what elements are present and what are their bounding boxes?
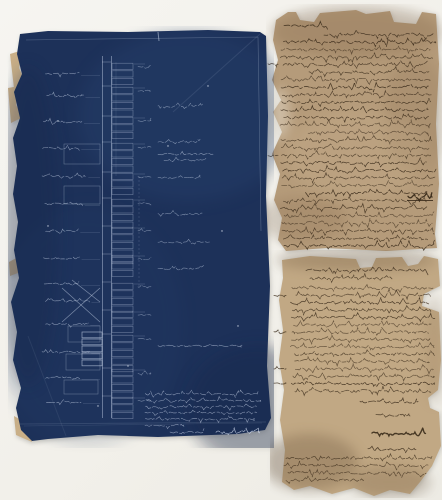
cyanotype-plat-blueprint	[8, 26, 274, 448]
stain	[276, 250, 436, 271]
speck	[97, 405, 98, 406]
speck	[127, 365, 128, 366]
speck	[221, 230, 222, 231]
speck	[237, 325, 238, 326]
stain	[350, 466, 430, 498]
scanned-archive-photo	[0, 0, 442, 500]
speck	[167, 145, 168, 146]
handwritten-letter-page-2	[270, 250, 442, 498]
speck	[57, 120, 58, 121]
handwritten-letter-page-1	[266, 4, 442, 254]
speck	[207, 85, 208, 86]
speck	[47, 225, 48, 226]
